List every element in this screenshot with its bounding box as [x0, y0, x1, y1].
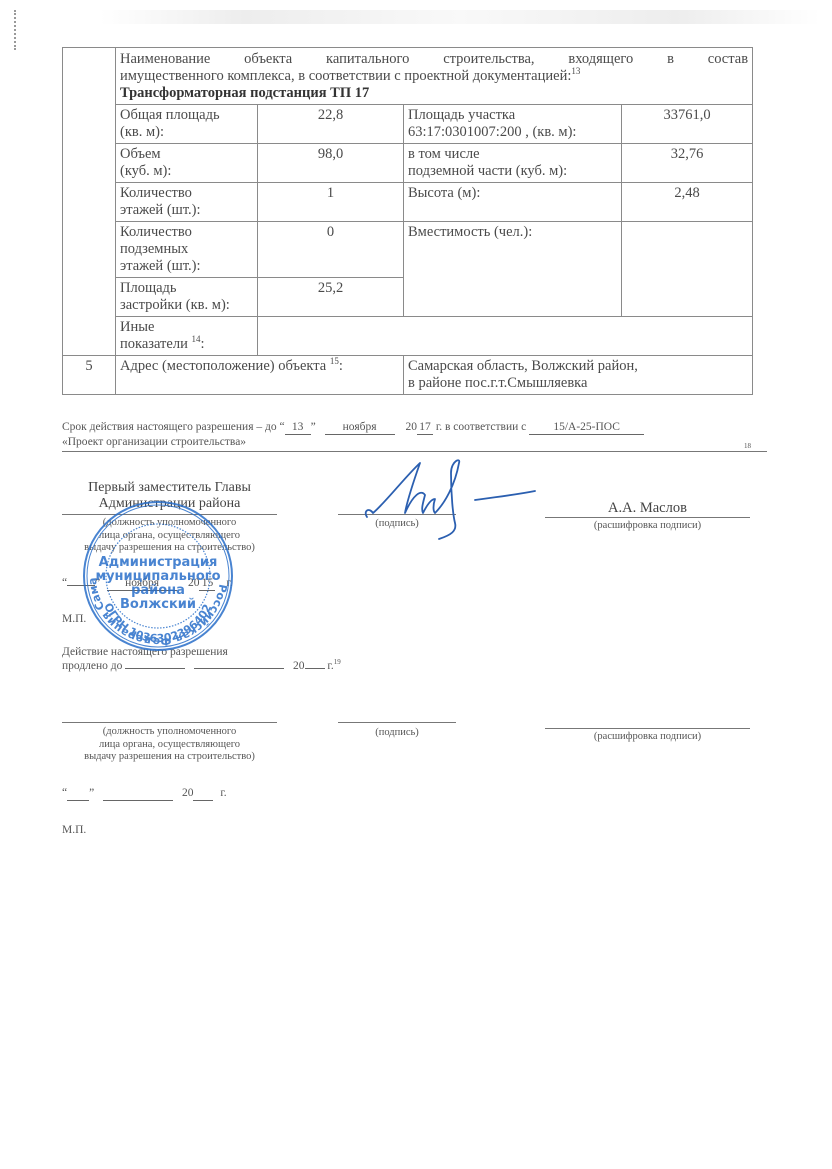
address-value: Самарская область, Волжский район,в райо… — [404, 356, 753, 395]
param-value: 0 — [258, 222, 404, 278]
object-name-row: Наименование объекта капитального строит… — [63, 48, 753, 105]
stamp-line-4: Волжский — [120, 597, 196, 612]
param-label: Количествоэтажей (шт.): — [116, 183, 258, 222]
scan-edge-marks — [14, 10, 19, 50]
divider-line — [62, 451, 767, 452]
seal-label-2: М.П. — [62, 823, 86, 837]
param-label: Общая площадь(кв. м): — [116, 105, 258, 144]
param-value: 33761,0 — [622, 105, 753, 144]
param-value — [622, 222, 753, 317]
name-line — [545, 517, 750, 518]
project-doc-name: «Проект организации строительства» — [62, 436, 246, 448]
row-number-cell — [63, 48, 116, 356]
extension-line-2: продлено до 20 г.19 — [62, 659, 341, 673]
stamp-line-1: Администрация — [99, 555, 218, 570]
table-row: Иныепоказатели 14: — [63, 317, 753, 356]
validity-statement: Срок действия настоящего разрешения – до… — [62, 420, 767, 449]
handwritten-signature — [355, 455, 555, 545]
signature-caption-2: (подпись) — [338, 727, 456, 740]
validity-year: 17 — [417, 420, 433, 435]
param-value: 22,8 — [258, 105, 404, 144]
param-label: в том числеподземной части (куб. м): — [404, 144, 622, 183]
official-stamp: Российская Федерация Самарская область О… — [82, 500, 234, 652]
param-value: 2,48 — [622, 183, 753, 222]
table-row: Общая площадь(кв. м): 22,8 Площадь участ… — [63, 105, 753, 144]
name-line-2 — [545, 728, 750, 729]
object-name: Трансформаторная подстанция ТП 17 — [120, 85, 748, 102]
object-parameters-table: Наименование объекта капитального строит… — [62, 47, 753, 395]
param-label: Количествоподземныхэтажей (шт.): — [116, 222, 258, 278]
object-name-intro-2: имущественного комплекса, в соответствии… — [120, 68, 571, 84]
table-row: Количествоэтажей (шт.): 1 Высота (м): 2,… — [63, 183, 753, 222]
param-value: 1 — [258, 183, 404, 222]
table-row: Количествоподземныхэтажей (шт.): 0 Вмест… — [63, 222, 753, 278]
param-label: Вместимость (чел.): — [404, 222, 622, 317]
validity-day: 13 — [285, 420, 311, 435]
signatory-name: А.А. Маслов — [545, 500, 750, 516]
project-doc-number: 15/А-25-ПОС — [529, 420, 644, 435]
address-label: Адрес (местоположение) объекта 15: — [116, 356, 404, 395]
param-value: 32,76 — [622, 144, 753, 183]
signing-date-2: “ ” 20 г. — [62, 786, 227, 801]
param-label: Высота (м): — [404, 183, 622, 222]
validity-month: ноября — [325, 420, 395, 435]
position-line-2 — [62, 722, 277, 723]
address-row: 5 Адрес (местоположение) объекта 15: Сам… — [63, 356, 753, 395]
position-caption-2: (должность уполномоченного лица органа, … — [62, 726, 277, 764]
name-caption: (расшифровка подписи) — [545, 520, 750, 533]
stamp-line-2: муниципального — [95, 569, 220, 584]
param-value — [258, 317, 753, 356]
table-row: Объем(куб. м): 98,0 в том числеподземной… — [63, 144, 753, 183]
param-value: 98,0 — [258, 144, 404, 183]
param-label: Объем(куб. м): — [116, 144, 258, 183]
name-caption-2: (расшифровка подписи) — [545, 731, 750, 744]
object-name-cell: Наименование объекта капитального строит… — [116, 48, 753, 105]
param-label: Иныепоказатели 14: — [116, 317, 258, 356]
footnote-13: 13 — [571, 66, 580, 76]
param-value: 25,2 — [258, 278, 404, 317]
row-number-cell: 5 — [63, 356, 116, 395]
object-name-intro: Наименование объекта капитального строит… — [120, 51, 748, 68]
scan-artifact — [100, 10, 820, 24]
param-label: Площадь участка63:17:0301007:200 , (кв. … — [404, 105, 622, 144]
signature-line-2 — [338, 722, 456, 723]
param-label: Площадьзастройки (кв. м): — [116, 278, 258, 317]
stamp-line-3: района — [131, 583, 185, 598]
